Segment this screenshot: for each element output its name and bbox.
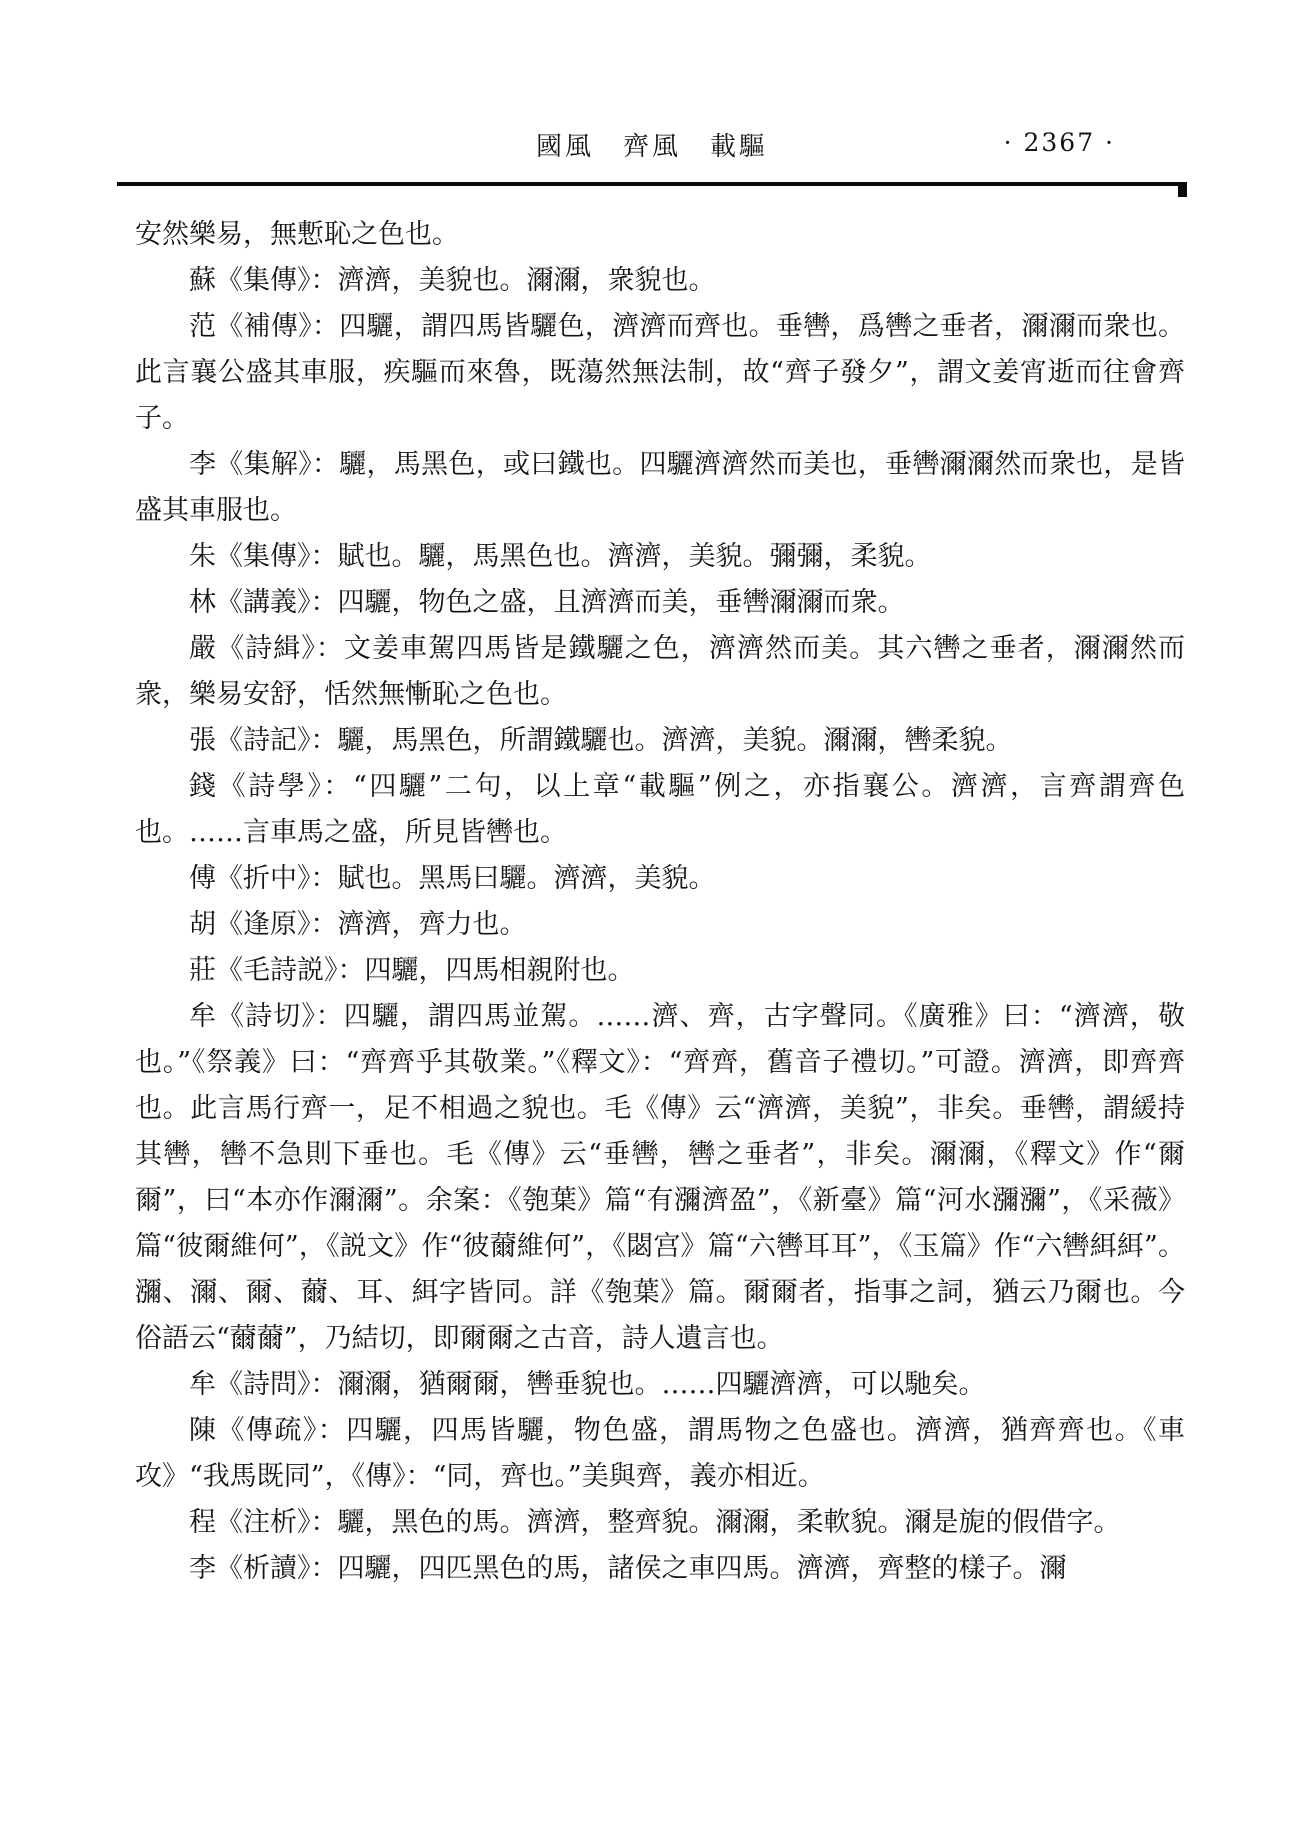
commentary-paragraph: 胡《逢原》：濟濟，齊力也。 [135,902,1185,948]
commentary-paragraph: 范《補傳》：四驪，謂四馬皆驪色，濟濟而齊也。垂轡，爲轡之垂者，濔濔而衆也。此言襄… [135,304,1185,442]
commentary-paragraph: 嚴《詩緝》：文姜車駕四馬皆是鐵驪之色，濟濟然而美。其六轡之垂者，濔濔然而衆，樂易… [135,626,1185,718]
page-header: 國風 齊風 載驅 · 2367 · [117,126,1187,166]
header-rule [117,182,1187,186]
running-head-title: 國風 齊風 載驅 [536,126,768,163]
scanned-book-page: 國風 齊風 載驅 · 2367 · 安然樂易，無慙恥之色也。蘇《集傳》：濟濟，美… [0,0,1300,1827]
commentary-paragraph: 牟《詩切》：四驪，謂四馬並駕。……濟、齊，古字聲同。《廣雅》曰：“濟濟，敬也。”… [135,994,1185,1362]
page-number: · 2367 · [1004,128,1115,157]
commentary-paragraph: 錢《詩學》：“四驪”二句，以上章“載驅”例之，亦指襄公。濟濟，言齊謂齊色也。……… [135,764,1185,856]
commentary-paragraph: 林《講義》：四驪，物色之盛，且濟濟而美，垂轡濔濔而衆。 [135,580,1185,626]
commentary-paragraph: 傅《折中》：賦也。黑馬曰驪。濟濟，美貌。 [135,856,1185,902]
header-rule-tick [1178,184,1187,197]
commentary-paragraph: 陳《傳疏》：四驪，四馬皆驪，物色盛，謂馬物之色盛也。濟濟，猶齊齊也。《車攻》“我… [135,1408,1185,1500]
commentary-paragraph: 牟《詩問》：濔濔，猶爾爾，轡垂貌也。……四驪濟濟，可以馳矣。 [135,1362,1185,1408]
commentary-paragraph: 張《詩記》：驪，馬黑色，所謂鐵驪也。濟濟，美貌。濔濔，轡柔貌。 [135,718,1185,764]
commentary-paragraph: 程《注析》：驪，黑色的馬。濟濟，整齊貌。濔濔，柔軟貌。濔是旎的假借字。 [135,1500,1185,1546]
commentary-paragraph: 莊《毛詩説》：四驪，四馬相親附也。 [135,948,1185,994]
commentary-paragraph: 李《集解》：驪，馬黑色，或曰鐵也。四驪濟濟然而美也，垂轡濔濔然而衆也，是皆盛其車… [135,442,1185,534]
commentary-paragraph: 李《析讀》：四驪，四匹黑色的馬，諸侯之車四馬。濟濟，齊整的樣子。濔 [135,1546,1185,1592]
commentary-paragraph: 朱《集傳》：賦也。驪，馬黑色也。濟濟，美貌。彌彌，柔貌。 [135,534,1185,580]
commentary-paragraph: 安然樂易，無慙恥之色也。 [135,212,1185,258]
page-body: 安然樂易，無慙恥之色也。蘇《集傳》：濟濟，美貌也。濔濔，衆貌也。范《補傳》：四驪… [135,212,1185,1592]
commentary-paragraph: 蘇《集傳》：濟濟，美貌也。濔濔，衆貌也。 [135,258,1185,304]
